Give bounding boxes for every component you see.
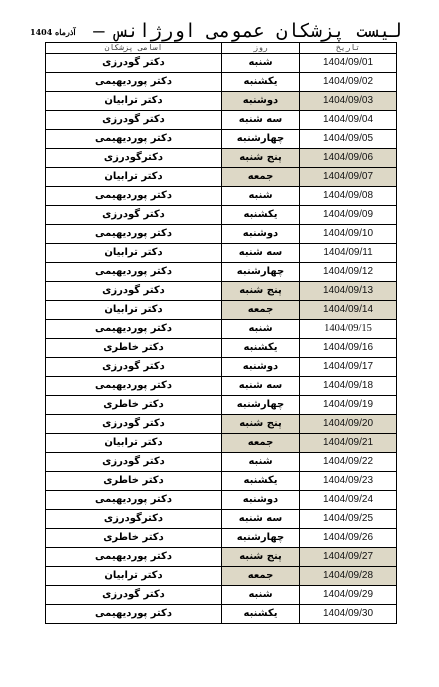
day-cell: پنج شنبه: [222, 548, 300, 567]
doctor-name-cell: دکتر گودرزی: [46, 415, 222, 434]
doctor-name-cell: دکتر گودرزی: [46, 111, 222, 130]
doctor-name-cell: دکتر پوردیهیمی: [46, 263, 222, 282]
date-cell: 1404/09/17: [300, 358, 397, 377]
day-cell: چهارشنبه: [222, 263, 300, 282]
date-cell: 1404/09/01: [300, 54, 397, 73]
table-header-row: تاریخ روز اسامی پزشکان: [46, 43, 397, 54]
date-cell: 1404/09/03: [300, 92, 397, 111]
doctor-name-cell: دکتر گودرزی: [46, 586, 222, 605]
table-row: 1404/09/20پنج شنبهدکتر گودرزی: [46, 415, 397, 434]
day-cell: دوشنبه: [222, 225, 300, 244]
day-cell: دوشنبه: [222, 92, 300, 111]
date-cell: 1404/09/22: [300, 453, 397, 472]
table-row: 1404/09/26چهارشنبهدکتر خاطری: [46, 529, 397, 548]
table-row: 1404/09/12چهارشنبهدکتر پوردیهیمی: [46, 263, 397, 282]
schedule-table: تاریخ روز اسامی پزشکان 1404/09/01شنبهدکت…: [45, 42, 397, 624]
doctor-name-cell: دکتر خاطری: [46, 339, 222, 358]
day-cell: یکشنبه: [222, 339, 300, 358]
table-row: 1404/09/07جمعهدکتر ترابیان: [46, 168, 397, 187]
day-cell: شنبه: [222, 453, 300, 472]
day-cell: سه شنبه: [222, 111, 300, 130]
day-cell: جمعه: [222, 301, 300, 320]
table-row: 1404/09/23یکشنبهدکتر خاطری: [46, 472, 397, 491]
date-cell: 1404/09/10: [300, 225, 397, 244]
doctor-name-cell: دکتر ترابیان: [46, 244, 222, 263]
doctor-name-cell: دکتر پوردیهیمی: [46, 187, 222, 206]
day-cell: یکشنبه: [222, 206, 300, 225]
date-cell: 1404/09/06: [300, 149, 397, 168]
date-cell: 1404/09/25: [300, 510, 397, 529]
date-cell: 1404/09/12: [300, 263, 397, 282]
table-row: 1404/09/22شنبهدکتر گودرزی: [46, 453, 397, 472]
table-row: 1404/09/15شنبهدکتر پوردیهیمی: [46, 320, 397, 339]
date-cell: 1404/09/26: [300, 529, 397, 548]
doctor-name-cell: دکتر گودرزی: [46, 206, 222, 225]
day-cell: جمعه: [222, 567, 300, 586]
day-cell: جمعه: [222, 434, 300, 453]
doctor-name-cell: دکتر پوردیهیمی: [46, 491, 222, 510]
doctor-name-cell: دکتر پوردیهیمی: [46, 320, 222, 339]
doctor-name-cell: دکتر گودرزی: [46, 282, 222, 301]
day-cell: دوشنبه: [222, 358, 300, 377]
table-row: 1404/09/27پنج شنبهدکتر پوردیهیمی: [46, 548, 397, 567]
table-row: 1404/09/13پنج شنبهدکتر گودرزی: [46, 282, 397, 301]
doctor-name-cell: دکتر خاطری: [46, 529, 222, 548]
column-header-doctor: اسامی پزشکان: [46, 43, 222, 54]
date-cell: 1404/09/07: [300, 168, 397, 187]
table-row: 1404/09/19چهارشنبهدکتر خاطری: [46, 396, 397, 415]
date-cell: 1404/09/18: [300, 377, 397, 396]
doctor-name-cell: دکتر گودرزی: [46, 54, 222, 73]
day-cell: سه شنبه: [222, 244, 300, 263]
doctor-name-cell: دکتر پوردیهیمی: [46, 605, 222, 624]
date-cell: 1404/09/11: [300, 244, 397, 263]
date-cell: 1404/09/23: [300, 472, 397, 491]
table-row: 1404/09/16یکشنبهدکتر خاطری: [46, 339, 397, 358]
table-row: 1404/09/05چهارشنبهدکتر پوردیهیمی: [46, 130, 397, 149]
table-row: 1404/09/28جمعهدکتر ترابیان: [46, 567, 397, 586]
doctor-name-cell: دکتر پوردیهیمی: [46, 130, 222, 149]
day-cell: چهارشنبه: [222, 396, 300, 415]
table-row: 1404/09/18سه شنبهدکتر پوردیهیمی: [46, 377, 397, 396]
page-title: لیست پزشکان عمومی اورژانس –: [93, 20, 402, 42]
table-row: 1404/09/08شنبهدکتر پوردیهیمی: [46, 187, 397, 206]
table-row: 1404/09/30یکشنبهدکتر پوردیهیمی: [46, 605, 397, 624]
day-cell: چهارشنبه: [222, 130, 300, 149]
table-row: 1404/09/14جمعهدکتر ترابیان: [46, 301, 397, 320]
day-cell: پنج شنبه: [222, 282, 300, 301]
table-row: 1404/09/01شنبهدکتر گودرزی: [46, 54, 397, 73]
day-cell: سه شنبه: [222, 377, 300, 396]
date-cell: 1404/09/02: [300, 73, 397, 92]
date-cell: 1404/09/20: [300, 415, 397, 434]
date-cell: 1404/09/28: [300, 567, 397, 586]
day-cell: یکشنبه: [222, 605, 300, 624]
month-label: آذرماه 1404: [30, 27, 76, 37]
table-row: 1404/09/25سه شنبهدکترگودرزی: [46, 510, 397, 529]
doctor-name-cell: دکترگودرزی: [46, 149, 222, 168]
day-cell: شنبه: [222, 320, 300, 339]
date-cell: 1404/09/16: [300, 339, 397, 358]
doctor-name-cell: دکتر پوردیهیمی: [46, 548, 222, 567]
table-row: 1404/09/11سه شنبهدکتر ترابیان: [46, 244, 397, 263]
date-cell: 1404/09/19: [300, 396, 397, 415]
doctor-name-cell: دکتر پوردیهیمی: [46, 225, 222, 244]
date-cell: 1404/09/14: [300, 301, 397, 320]
date-cell: 1404/09/04: [300, 111, 397, 130]
day-cell: دوشنبه: [222, 491, 300, 510]
table-row: 1404/09/10دوشنبهدکتر پوردیهیمی: [46, 225, 397, 244]
table-row: 1404/09/02یکشنبهدکتر پوردیهیمی: [46, 73, 397, 92]
column-header-date: تاریخ: [300, 43, 397, 54]
doctor-name-cell: دکتر ترابیان: [46, 168, 222, 187]
date-cell: 1404/09/24: [300, 491, 397, 510]
day-cell: شنبه: [222, 187, 300, 206]
doctor-name-cell: دکتر ترابیان: [46, 92, 222, 111]
day-cell: یکشنبه: [222, 472, 300, 491]
doctor-name-cell: دکتر خاطری: [46, 472, 222, 491]
day-cell: پنج شنبه: [222, 415, 300, 434]
date-cell: 1404/09/13: [300, 282, 397, 301]
date-cell: 1404/09/30: [300, 605, 397, 624]
doctor-name-cell: دکتر پوردیهیمی: [46, 73, 222, 92]
table-row: 1404/09/04سه شنبهدکتر گودرزی: [46, 111, 397, 130]
doctor-name-cell: دکتر خاطری: [46, 396, 222, 415]
date-cell: 1404/09/08: [300, 187, 397, 206]
day-cell: شنبه: [222, 586, 300, 605]
date-cell: 1404/09/27: [300, 548, 397, 567]
table-row: 1404/09/03دوشنبهدکتر ترابیان: [46, 92, 397, 111]
date-cell: 1404/09/29: [300, 586, 397, 605]
date-cell: 1404/09/21: [300, 434, 397, 453]
doctor-name-cell: دکتر گودرزی: [46, 358, 222, 377]
day-cell: پنج شنبه: [222, 149, 300, 168]
doctor-name-cell: دکتر ترابیان: [46, 567, 222, 586]
table-row: 1404/09/24دوشنبهدکتر پوردیهیمی: [46, 491, 397, 510]
page-header: لیست پزشکان عمومی اورژانس – آذرماه 1404: [0, 20, 420, 42]
table-body: 1404/09/01شنبهدکتر گودرزی1404/09/02یکشنب…: [46, 54, 397, 624]
doctor-name-cell: دکتر ترابیان: [46, 434, 222, 453]
day-cell: چهارشنبه: [222, 529, 300, 548]
table-row: 1404/09/06پنج شنبهدکترگودرزی: [46, 149, 397, 168]
doctor-name-cell: دکتر پوردیهیمی: [46, 377, 222, 396]
day-cell: جمعه: [222, 168, 300, 187]
doctor-name-cell: دکتر ترابیان: [46, 301, 222, 320]
table-row: 1404/09/21جمعهدکتر ترابیان: [46, 434, 397, 453]
date-cell: 1404/09/15: [300, 320, 397, 339]
day-cell: یکشنبه: [222, 73, 300, 92]
date-cell: 1404/09/09: [300, 206, 397, 225]
doctor-name-cell: دکترگودرزی: [46, 510, 222, 529]
day-cell: شنبه: [222, 54, 300, 73]
column-header-day: روز: [222, 43, 300, 54]
day-cell: سه شنبه: [222, 510, 300, 529]
table-row: 1404/09/29شنبهدکتر گودرزی: [46, 586, 397, 605]
date-cell: 1404/09/05: [300, 130, 397, 149]
table-row: 1404/09/17دوشنبهدکتر گودرزی: [46, 358, 397, 377]
table-row: 1404/09/09یکشنبهدکتر گودرزی: [46, 206, 397, 225]
doctor-name-cell: دکتر گودرزی: [46, 453, 222, 472]
